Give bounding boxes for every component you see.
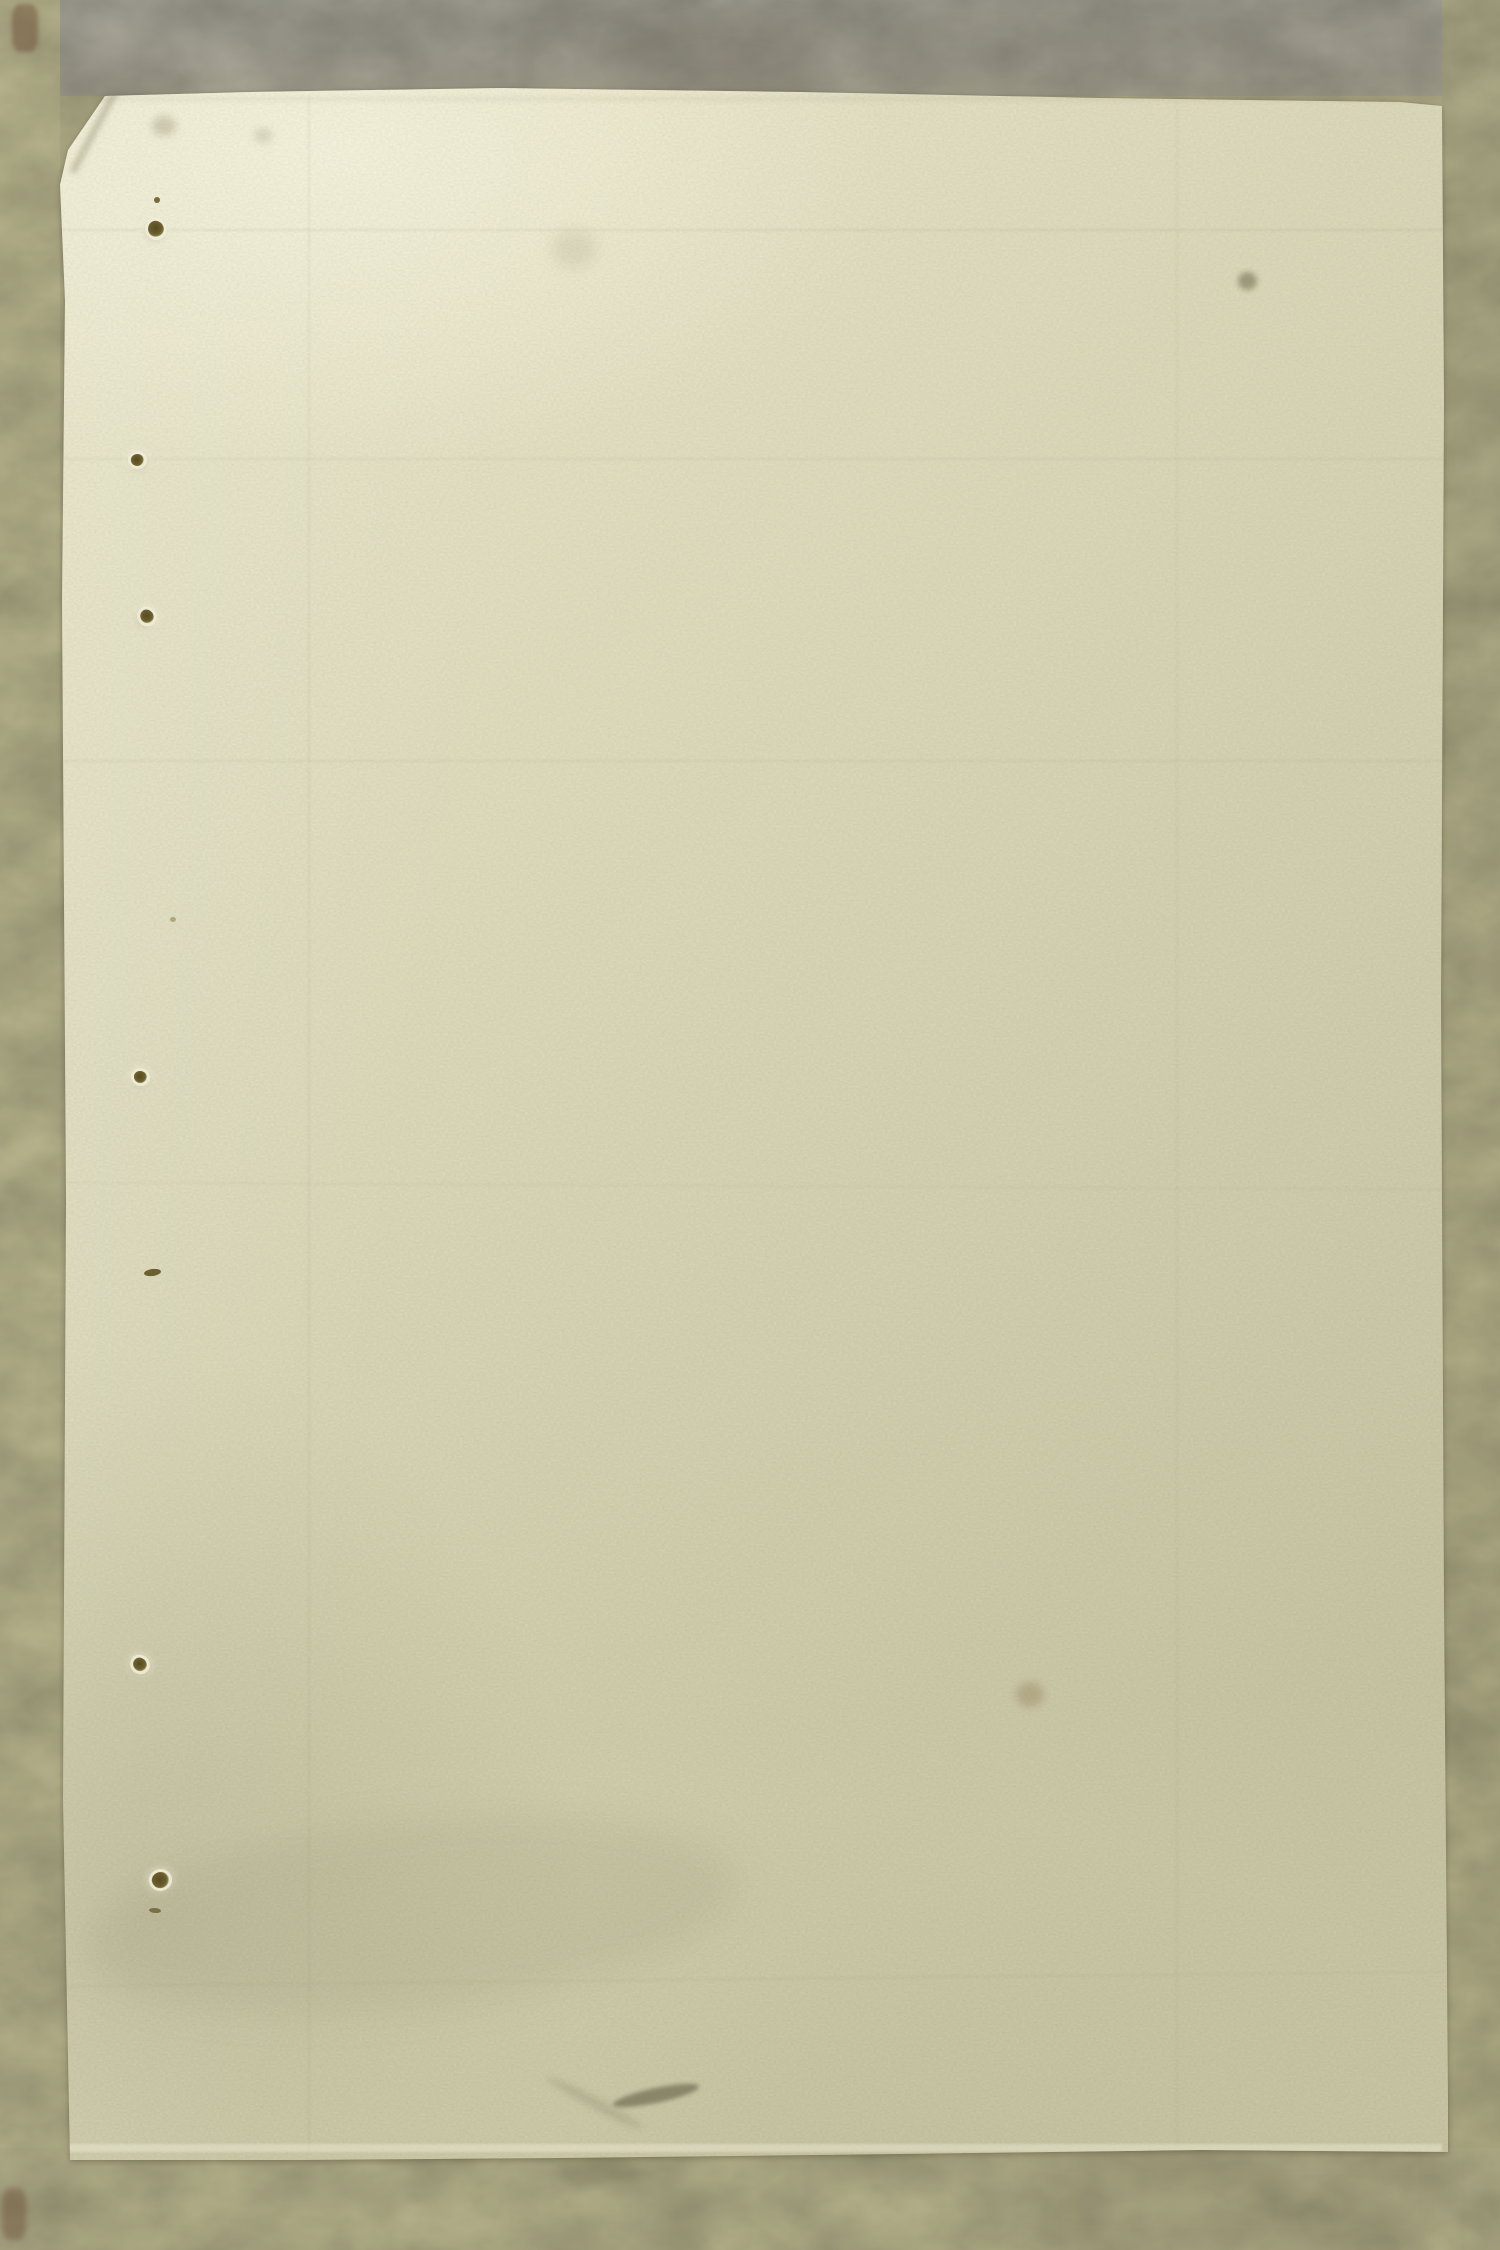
punch-hole (134, 1071, 147, 1083)
archival-document-scan (0, 0, 1500, 2250)
paper-stain (254, 128, 272, 143)
punch-hole (130, 453, 146, 468)
paper-shade-diagonal (72, 1786, 748, 2044)
paper-stain (152, 116, 176, 136)
paper-fold-vertical (1176, 96, 1178, 2154)
paper-crease (60, 458, 1445, 460)
punch-hole (149, 1869, 172, 1891)
paper-fold-vertical (308, 96, 310, 2154)
paper-stain (552, 230, 596, 268)
punch-hole-dot (170, 917, 176, 922)
paper-stain (1238, 272, 1257, 290)
paper-stain (1016, 1682, 1044, 1707)
paper-corner-curl-shadow (69, 89, 118, 174)
paper-crease (60, 1971, 1445, 1988)
punch-hole (146, 219, 167, 240)
punch-hole-dash (149, 1907, 161, 1913)
punch-hole (131, 1656, 149, 1674)
punch-hole (137, 607, 156, 626)
paper-crease (60, 760, 1445, 762)
paper-sheet (60, 88, 1448, 2160)
paper-crease (60, 229, 1445, 231)
paper-grain-texture (60, 88, 1448, 2160)
paper-streak (611, 2079, 700, 2112)
punch-hole-dot (154, 197, 160, 203)
paper-bottom-edge-light (62, 2144, 1442, 2152)
paper-crease (60, 1181, 1445, 1190)
punch-hole-dash (144, 1268, 162, 1277)
paper-top-edge-shadow (60, 97, 1445, 101)
paper-streak-tail (544, 2073, 646, 2133)
paper-sheet-wrapper (0, 0, 1500, 2250)
